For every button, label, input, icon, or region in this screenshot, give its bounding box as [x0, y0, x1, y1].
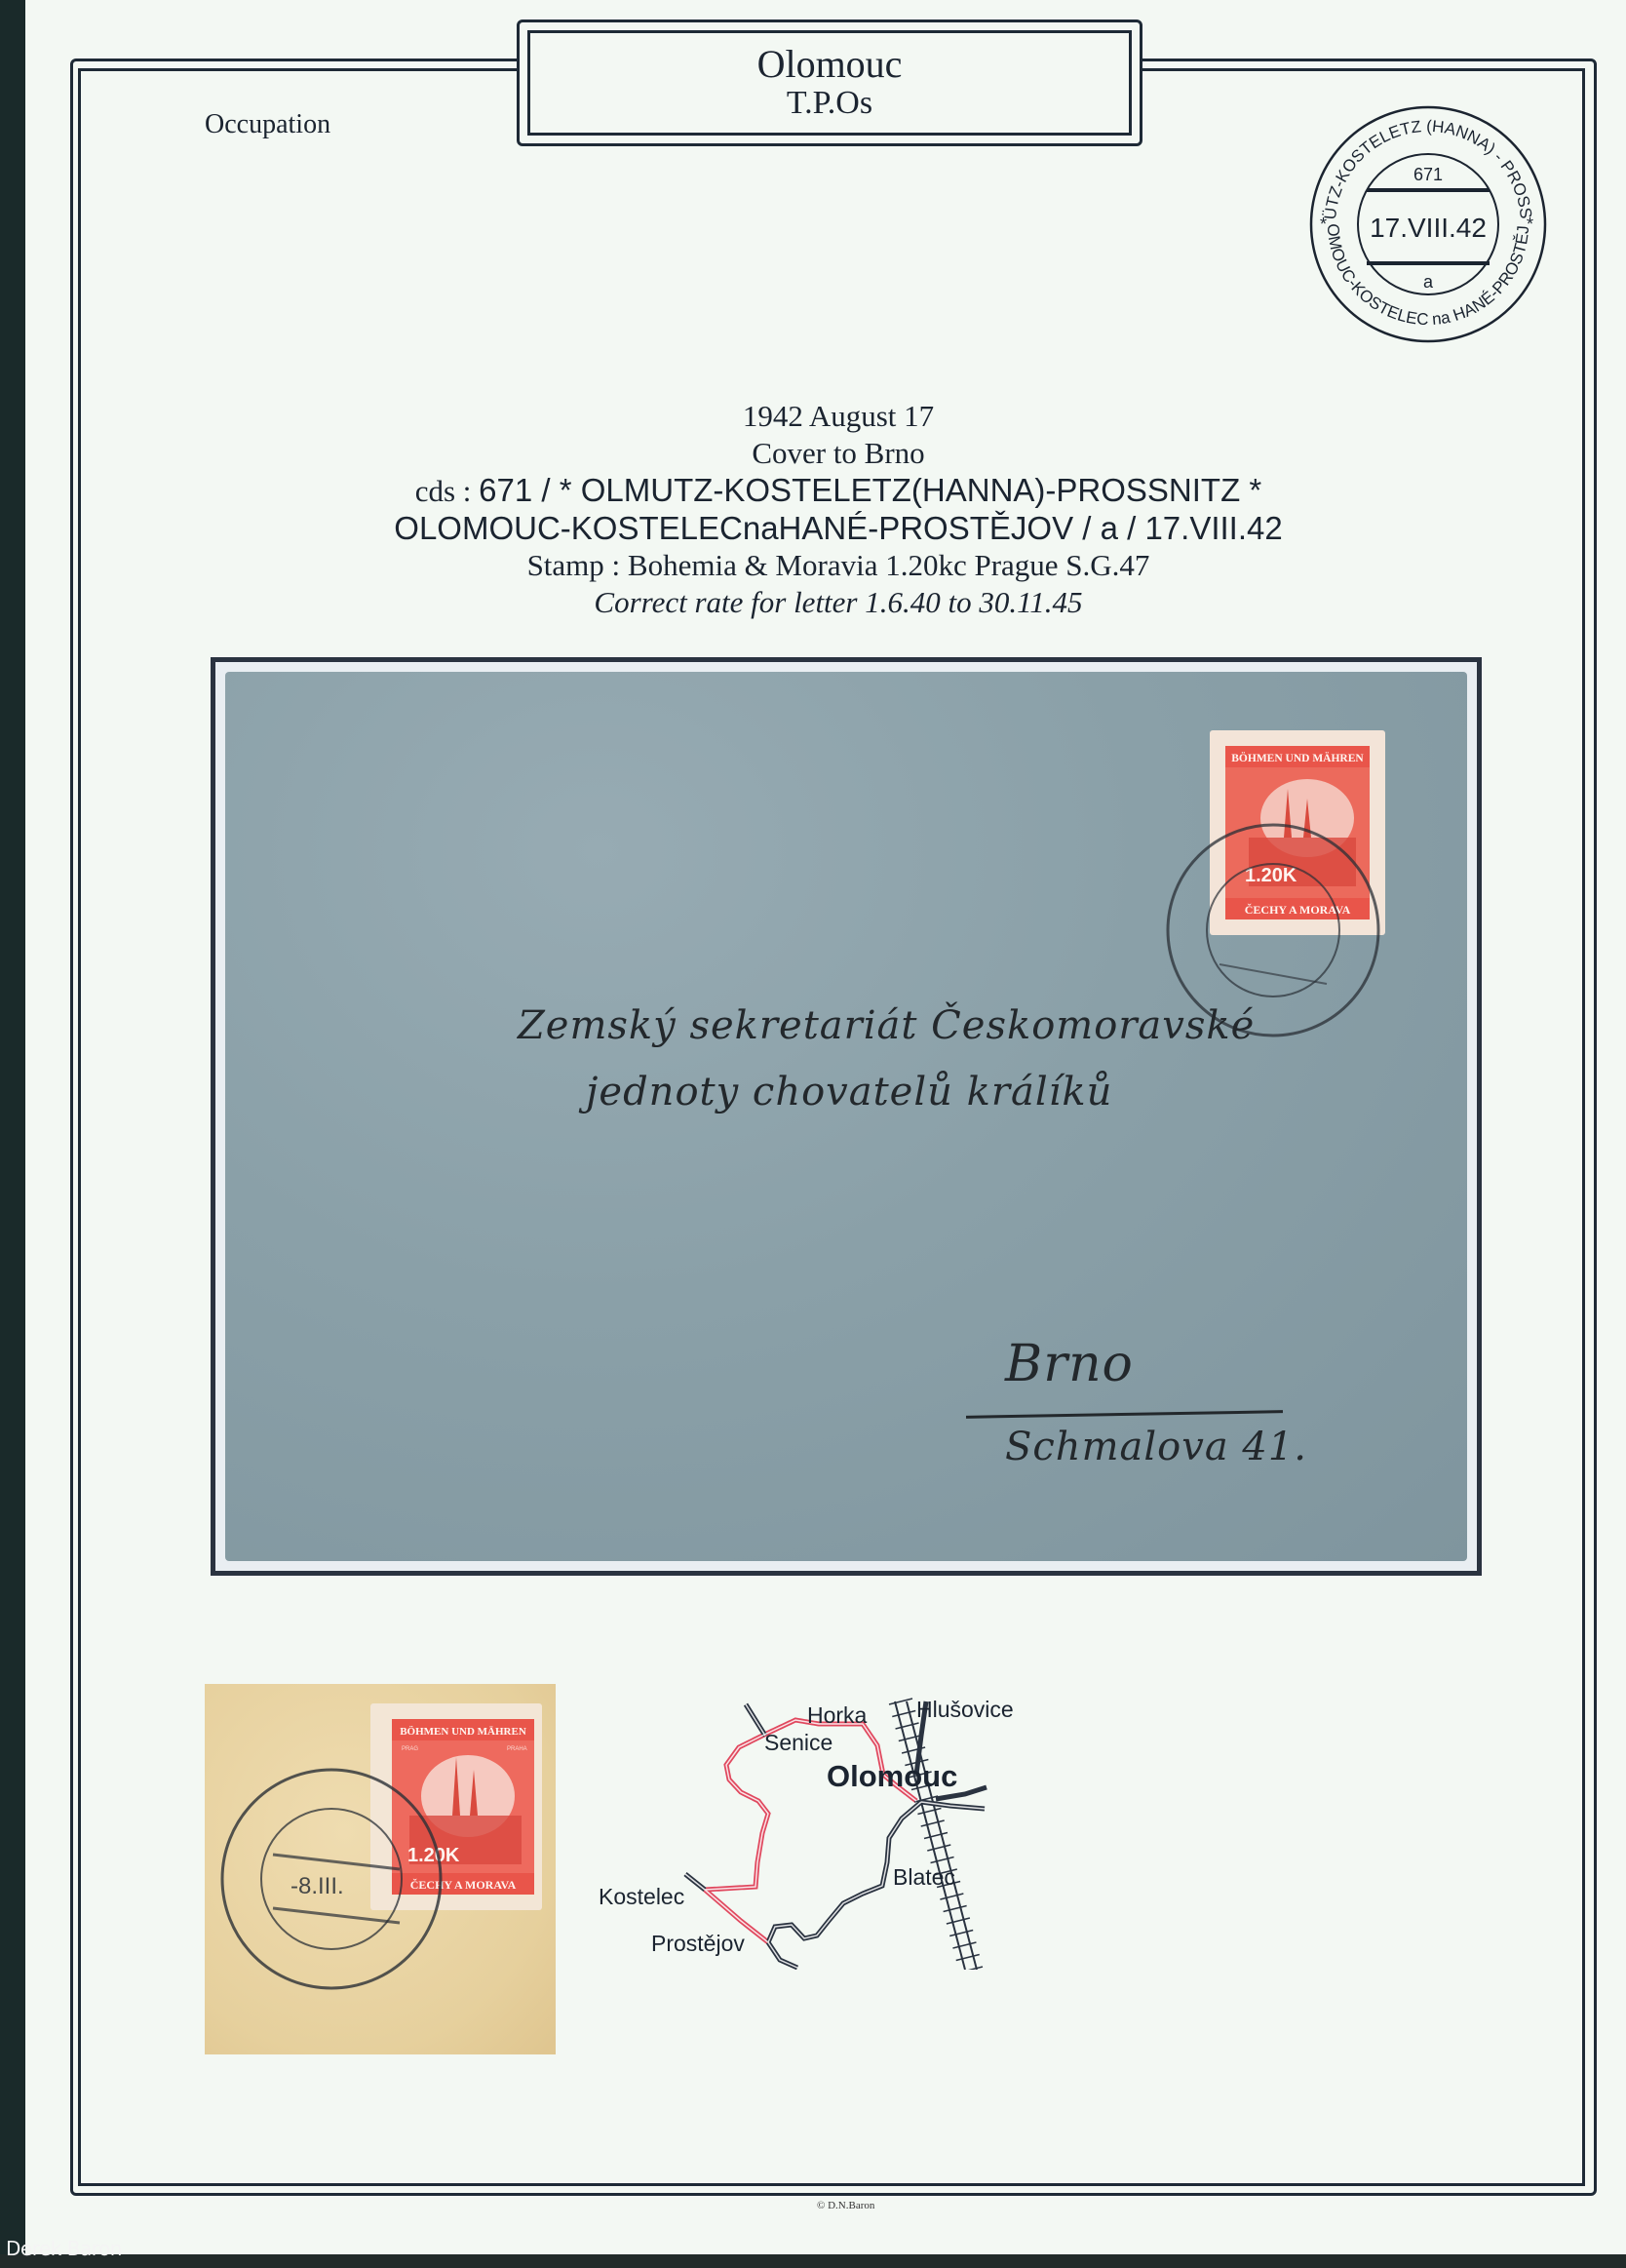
address-street: Schmalova 41. — [1005, 1425, 1307, 1469]
postmark-letter: a — [1423, 272, 1434, 292]
scan-bottom-edge — [0, 2254, 1626, 2268]
postmark-date: 17.VIII.42 — [1370, 213, 1487, 243]
stamp-description: Stamp : Bohemia & Moravia 1.20kc Prague … — [175, 547, 1501, 584]
envelope-frame: BÖHMEN UND MÄHREN 1.20K ČECHY A MORAVA Z… — [211, 657, 1482, 1576]
piece-stamp-top-text: BÖHMEN UND MÄHREN — [400, 1725, 526, 1738]
map-label-kostelec: Kostelec — [599, 1884, 684, 1910]
postmark-outer-top: OLMÜTZ-KOSTELETZ (HANNA) - PROSSNITZ — [1306, 102, 1535, 220]
address-line-2: jednoty chovatelů králíků — [586, 1070, 1112, 1114]
piece-cancel-date: -8.III. — [290, 1873, 344, 1899]
cover-date: 1942 August 17 — [175, 398, 1501, 435]
postmark-star-left: * — [1320, 215, 1327, 234]
postmark-star-right: * — [1527, 215, 1533, 234]
copyright: © D.N.Baron — [817, 2200, 874, 2211]
svg-text:OLMÜTZ-KOSTELETZ (HANNA) - PRO: OLMÜTZ-KOSTELETZ (HANNA) - PROSSNITZ — [1306, 102, 1535, 220]
address-line-1: Zemský sekretariát Českomoravské — [518, 1003, 1255, 1048]
cds-prefix: cds : — [415, 474, 472, 508]
rate-note: Correct rate for letter 1.6.40 to 30.11.… — [175, 584, 1501, 621]
railway-map: Horka Hlušovice Senice Olomouc Kostelec … — [585, 1677, 1072, 1970]
cds-line-1: cds : 671 / * OLMUTZ-KOSTELETZ(HANNA)-PR… — [175, 472, 1501, 510]
map-label-horka: Horka — [807, 1702, 867, 1729]
map-label-olomouc: Olomouc — [827, 1759, 957, 1794]
stamp-top-text: BÖHMEN UND MÄHREN — [1231, 751, 1364, 764]
page-title: Olomouc — [757, 44, 903, 85]
piece-stamp-left-caption: PRAG — [402, 1746, 418, 1752]
scan-left-edge — [0, 0, 25, 2268]
page-subtitle: T.P.Os — [787, 85, 872, 122]
header-box: Olomouc T.P.Os — [517, 20, 1142, 146]
map-label-senice: Senice — [764, 1730, 832, 1756]
city-underline — [966, 1410, 1283, 1419]
piece-stamp-right-caption: PRAHA — [507, 1746, 527, 1752]
cds-line-2: OLOMOUC-KOSTELECnaHANÉ-PROSTĚJOV / a / 1… — [175, 510, 1501, 547]
cover-route: Cover to Brno — [175, 435, 1501, 472]
cover-description: 1942 August 17 Cover to Brno cds : 671 /… — [175, 398, 1501, 621]
postmark-illustration: OLMÜTZ-KOSTELETZ (HANNA) - PROSSNITZ OLO… — [1306, 102, 1550, 346]
postmark-number: 671 — [1413, 165, 1443, 184]
address-city: Brno — [1005, 1335, 1134, 1393]
map-label-prostejov: Prostějov — [651, 1931, 745, 1957]
piece-cancel-postmark: -8.III. — [214, 1762, 448, 1996]
section-label: Occupation — [205, 109, 330, 140]
map-label-blatec: Blatec — [893, 1864, 955, 1891]
watermark: Derek Baron — [6, 2237, 122, 2260]
map-label-hlusovice: Hlušovice — [916, 1697, 1014, 1723]
envelope: BÖHMEN UND MÄHREN 1.20K ČECHY A MORAVA Z… — [225, 672, 1467, 1561]
stamp-on-piece: BÖHMEN UND MÄHREN PRAG PRAHA 1.20K ČECHY… — [205, 1684, 556, 2054]
cds-text-1: 671 / * OLMUTZ-KOSTELETZ(HANNA)-PROSSNIT… — [479, 472, 1261, 508]
